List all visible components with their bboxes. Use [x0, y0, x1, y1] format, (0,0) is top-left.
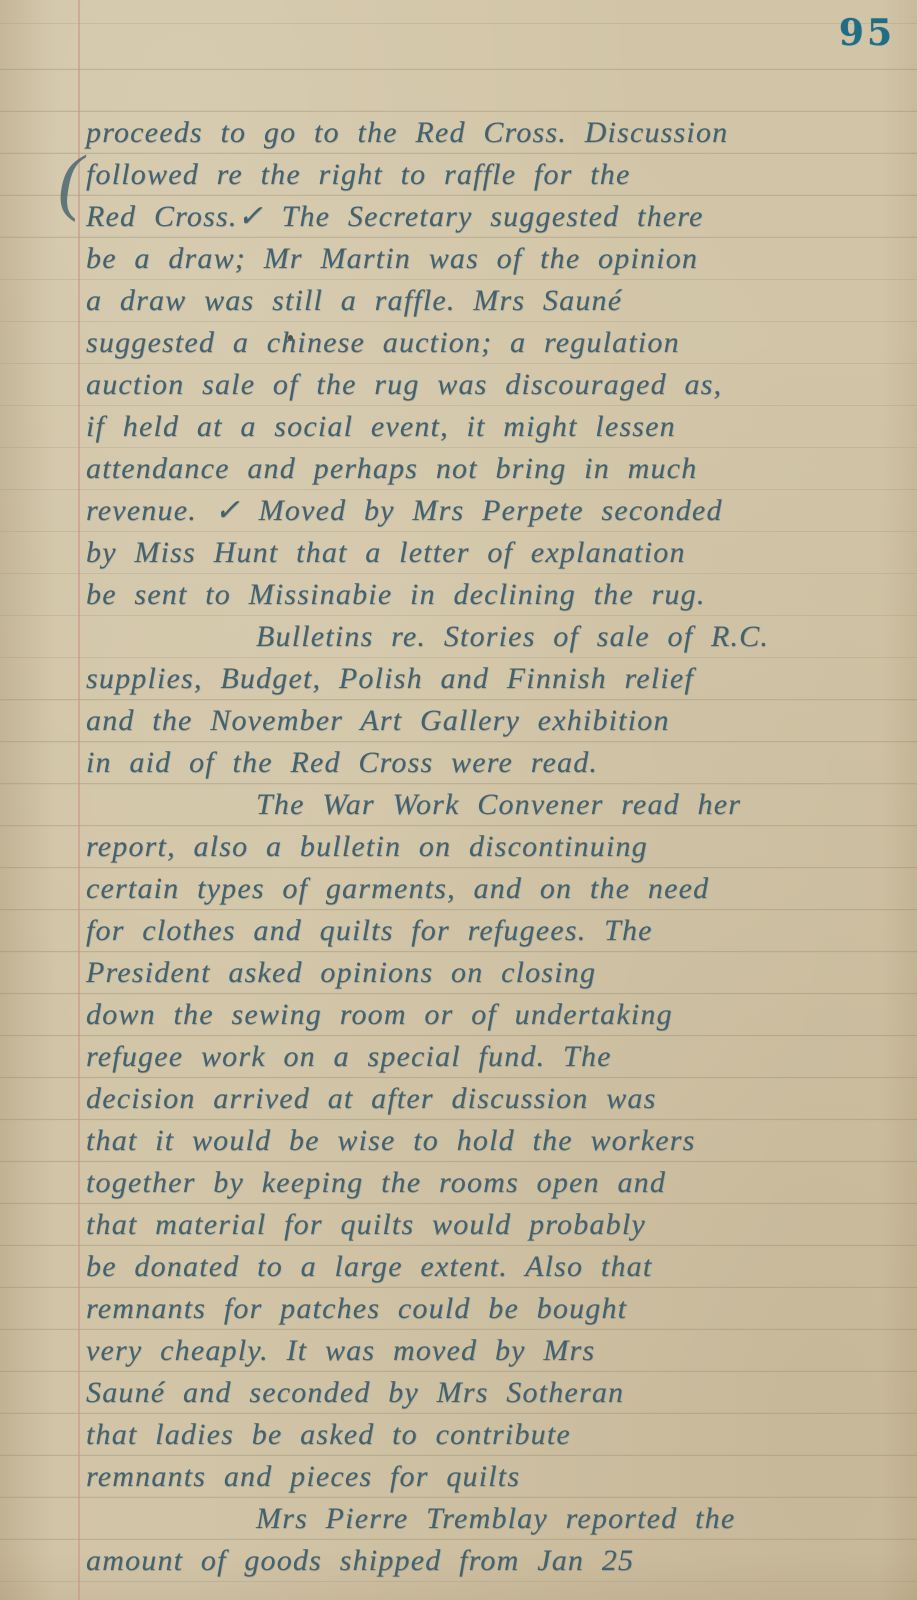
- handwritten-line: be a draw; Mr Martin was of the opinion: [86, 238, 909, 280]
- handwritten-line: Sauné and seconded by Mrs Sotheran: [86, 1372, 909, 1414]
- page-number: 95: [839, 12, 895, 54]
- handwritten-line: for clothes and quilts for refugees. The: [86, 910, 909, 952]
- handwritten-line-paragraph-start: Mrs Pierre Tremblay reported the: [86, 1498, 909, 1540]
- handwritten-line: followed re the right to raffle for the: [86, 154, 909, 196]
- handwritten-line: amount of goods shipped from Jan 25: [86, 1540, 909, 1582]
- handwritten-line: that material for quilts would probably: [86, 1204, 909, 1246]
- handwritten-line: that it would be wise to hold the worker…: [86, 1120, 909, 1162]
- handwritten-line: suggested a chinese auction; a regulatio…: [86, 322, 909, 364]
- handwritten-line: together by keeping the rooms open and: [86, 1162, 909, 1204]
- handwritten-line: be donated to a large extent. Also that: [86, 1246, 909, 1288]
- handwritten-line: very cheaply. It was moved by Mrs: [86, 1330, 909, 1372]
- margin-line: [78, 0, 80, 1600]
- handwritten-line: Red Cross.✓ The Secretary suggested ther…: [86, 196, 909, 238]
- handwritten-line: refugee work on a special fund. The: [86, 1036, 909, 1078]
- handwritten-line: and the November Art Gallery exhibition: [86, 700, 909, 742]
- handwritten-line: attendance and perhaps not bring in much: [86, 448, 909, 490]
- handwritten-line: in aid of the Red Cross were read.: [86, 742, 909, 784]
- handwritten-line: auction sale of the rug was discouraged …: [86, 364, 909, 406]
- handwritten-line-paragraph-start: The War Work Convener read her: [86, 784, 909, 826]
- handwritten-line: down the sewing room or of undertaking: [86, 994, 909, 1036]
- handwritten-line: certain types of garments, and on the ne…: [86, 868, 909, 910]
- handwritten-line: report, also a bulletin on discontinuing: [86, 826, 909, 868]
- handwritten-line: by Miss Hunt that a letter of explanatio…: [86, 532, 909, 574]
- handwritten-line: supplies, Budget, Polish and Finnish rel…: [86, 658, 909, 700]
- handwritten-line: remnants and pieces for quilts: [86, 1456, 909, 1498]
- handwritten-line: President asked opinions on closing: [86, 952, 909, 994]
- notebook-page: 95 ( proceeds to go to the Red Cross. Di…: [0, 0, 917, 1600]
- handwritten-text-block: proceeds to go to the Red Cross. Discuss…: [86, 112, 909, 1582]
- handwritten-line: a draw was still a raffle. Mrs Sauné: [86, 280, 909, 322]
- handwritten-line: be sent to Missinabie in declining the r…: [86, 574, 909, 616]
- handwritten-line: decision arrived at after discussion was: [86, 1078, 909, 1120]
- handwritten-line: that ladies be asked to contribute: [86, 1414, 909, 1456]
- handwritten-line: revenue. ✓ Moved by Mrs Perpete seconded: [86, 490, 909, 532]
- handwritten-line: if held at a social event, it might less…: [86, 406, 909, 448]
- handwritten-line: remnants for patches could be bought: [86, 1288, 909, 1330]
- handwritten-line: proceeds to go to the Red Cross. Discuss…: [86, 112, 909, 154]
- handwritten-line-paragraph-start: Bulletins re. Stories of sale of R.C.: [86, 616, 909, 658]
